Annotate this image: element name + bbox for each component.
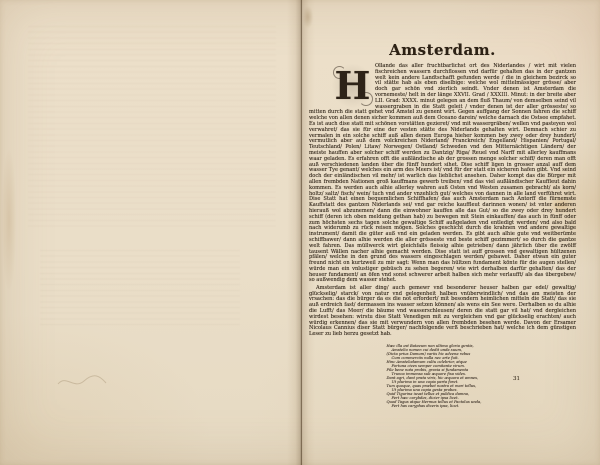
right-page: Amsterdam. HOllande das aller fruchtbarl… (309, 41, 576, 408)
center-fold-crease (301, 0, 302, 465)
poem-line: Fert has caryphas diceris ipsa, licet. (387, 404, 499, 408)
body-paragraph-1: HOllande das aller fruchtbarlichst ort d… (309, 64, 576, 284)
paper-stain (2, 150, 16, 290)
page-title: Amsterdam. (309, 41, 576, 59)
text-showthrough (40, 250, 240, 330)
body-paragraph-2: Amsterdam ist aller ding/ auch gemewr vn… (309, 286, 576, 338)
text-showthrough (28, 26, 276, 231)
pencil-squiggle (56, 372, 108, 392)
drop-cap-initial: H (332, 64, 373, 108)
page-signature: 31 (513, 376, 520, 382)
latin-poem: Hæc illa est Batavum non ultima gloria g… (387, 344, 499, 408)
drop-cap-box: H (309, 64, 375, 109)
book-spread: Amsterdam. HOllande das aller fruchtbarl… (0, 0, 600, 465)
